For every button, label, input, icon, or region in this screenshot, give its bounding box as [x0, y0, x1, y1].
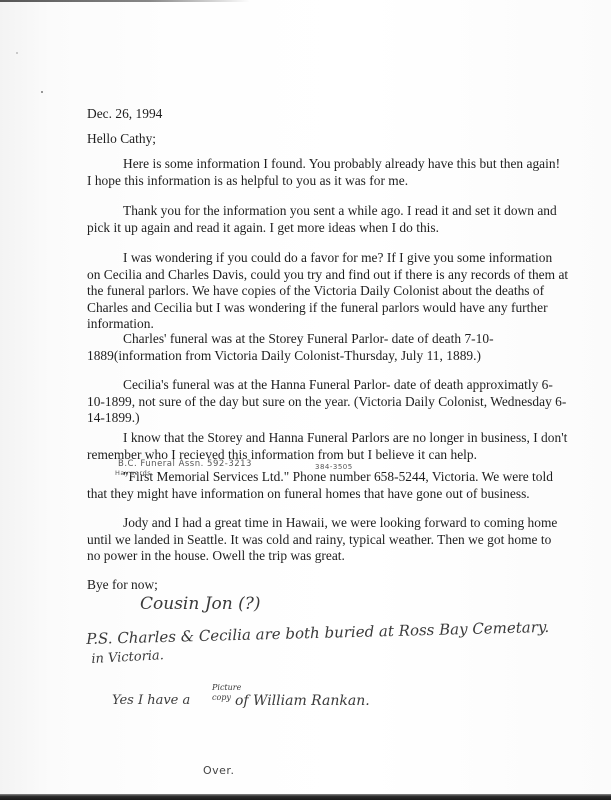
paragraph-favor: I was wondering if you could do a favor …: [87, 250, 537, 333]
scan-edge-top: [0, 0, 250, 2]
paragraph-first-memorial: "First Memorial Services Ltd." Phone num…: [87, 469, 537, 502]
scan-speck: [16, 52, 18, 54]
handwritten-phone: 384-3505: [315, 463, 353, 471]
handwritten-yes-pre: Yes I have a: [112, 693, 190, 708]
scanned-letter-page: Dec. 26, 1994 Hello Cathy; Here is some …: [0, 0, 611, 800]
paragraph-cecilia-funeral: Cecilia's funeral was at the Hanna Funer…: [87, 377, 537, 427]
handwritten-over: Over.: [203, 764, 234, 777]
paragraph-charles-funeral: Charles' funeral was at the Storey Funer…: [87, 331, 537, 364]
handwritten-haywards: Haywards: [115, 469, 151, 477]
handwritten-yes-post: of William Rankan.: [235, 693, 370, 709]
handwritten-ps-line1: P.S. Charles & Cecilia are both buried a…: [86, 618, 549, 648]
handwritten-ps-line2: in Victoria.: [91, 648, 164, 667]
letter-greeting: Hello Cathy;: [87, 131, 537, 148]
scan-edge-bottom: [0, 794, 611, 800]
letter-closing: Bye for now;: [87, 577, 537, 594]
scan-speck: [41, 91, 43, 93]
paragraph-intro: Here is some information I found. You pr…: [87, 156, 537, 189]
paragraph-thanks: Thank you for the information you sent a…: [87, 203, 537, 236]
letter-date: Dec. 26, 1994: [87, 106, 537, 123]
handwritten-picture: Picture: [212, 683, 241, 692]
handwritten-copy: copy: [212, 693, 231, 702]
paragraph-hawaii: Jody and I had a great time in Hawaii, w…: [87, 515, 537, 565]
handwritten-bc-funeral-assn: B.C. Funeral Assn. 592-3213: [118, 459, 252, 469]
handwritten-signature: Cousin Jon (?): [140, 594, 261, 614]
